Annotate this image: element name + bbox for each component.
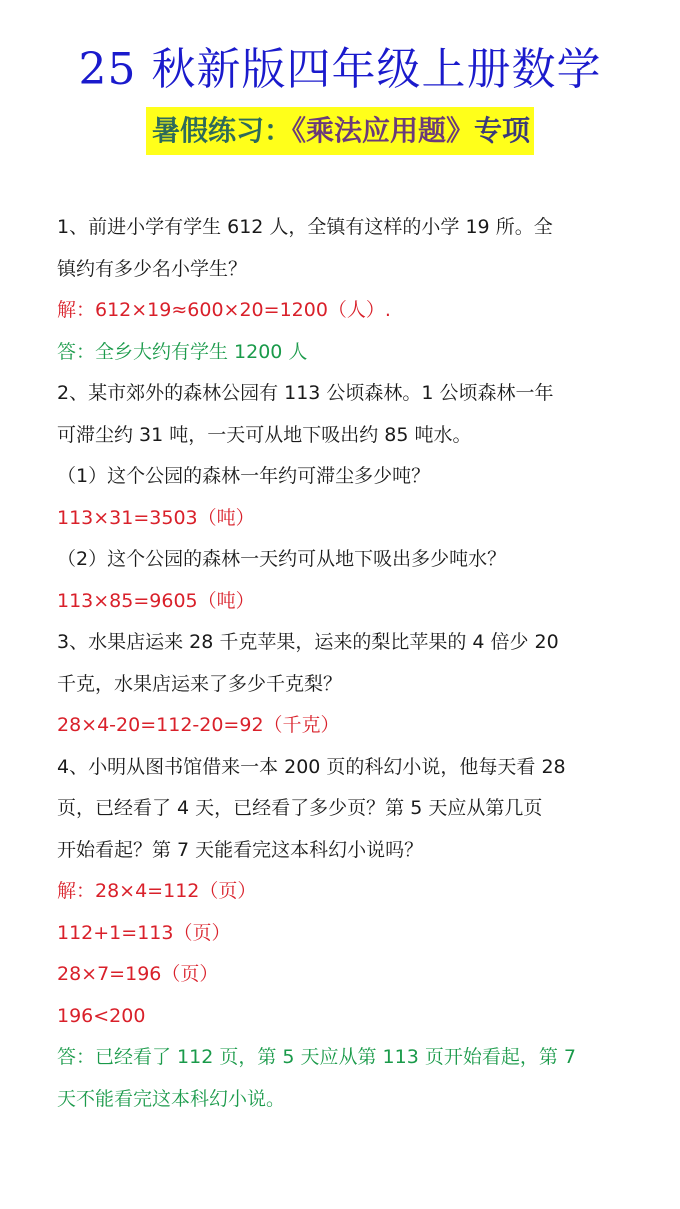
subquestion-line: （1）这个公园的森林一年约可滞尘多少吨？ (57, 456, 632, 498)
answer-line: 答：全乡大约有学生 1200 人 (57, 332, 632, 374)
subtitle-prefix: 暑假练习： (152, 114, 292, 147)
solution-line: 112+1=113（页） (57, 913, 632, 955)
question-line: 4、小明从图书馆借来一本 200 页的科幻小说，他每天看 28 (57, 747, 632, 789)
question-line: 3、水果店运来 28 千克苹果，运来的梨比苹果的 4 倍少 20 (57, 622, 632, 664)
question-line: 页，已经看了 4 天，已经看了多少页？第 5 天应从第几页 (57, 788, 632, 830)
subtitle-banner: 暑假练习：《乘法应用题》专项 (0, 107, 680, 155)
question-line: 镇约有多少名小学生？ (57, 249, 632, 291)
answer-line: 天不能看完这本科幻小说。 (57, 1079, 632, 1121)
solution-line: 28×7=196（页） (57, 954, 632, 996)
solution-line: 113×85=9605（吨） (57, 581, 632, 623)
solution-line: 解：28×4=112（页） (57, 871, 632, 913)
subquestion-line: （2）这个公园的森林一天约可从地下吸出多少吨水？ (57, 539, 632, 581)
subtitle-suffix: 专项 (474, 114, 530, 147)
subtitle-topic: 《乘法应用题》 (292, 114, 474, 147)
page-title: 25 秋新版四年级上册数学 (0, 40, 680, 100)
exercise-content: 1、前进小学有学生 612 人，全镇有这样的小学 19 所。全 镇约有多少名小学… (57, 207, 632, 1120)
question-line: 2、某市郊外的森林公园有 113 公顷森林。1 公顷森林一年 (57, 373, 632, 415)
solution-line: 113×31=3503（吨） (57, 498, 632, 540)
solution-line: 解：612×19≈600×20=1200（人）. (57, 290, 632, 332)
subtitle-highlight: 暑假练习：《乘法应用题》专项 (146, 107, 534, 155)
answer-line: 答：已经看了 112 页，第 5 天应从第 113 页开始看起，第 7 (57, 1037, 632, 1079)
question-line: 1、前进小学有学生 612 人，全镇有这样的小学 19 所。全 (57, 207, 632, 249)
question-line: 千克，水果店运来了多少千克梨？ (57, 664, 632, 706)
question-line: 开始看起？第 7 天能看完这本科幻小说吗？ (57, 830, 632, 872)
solution-line: 196<200 (57, 996, 632, 1038)
solution-line: 28×4-20=112-20=92（千克） (57, 705, 632, 747)
question-line: 可滞尘约 31 吨，一天可从地下吸出约 85 吨水。 (57, 415, 632, 457)
